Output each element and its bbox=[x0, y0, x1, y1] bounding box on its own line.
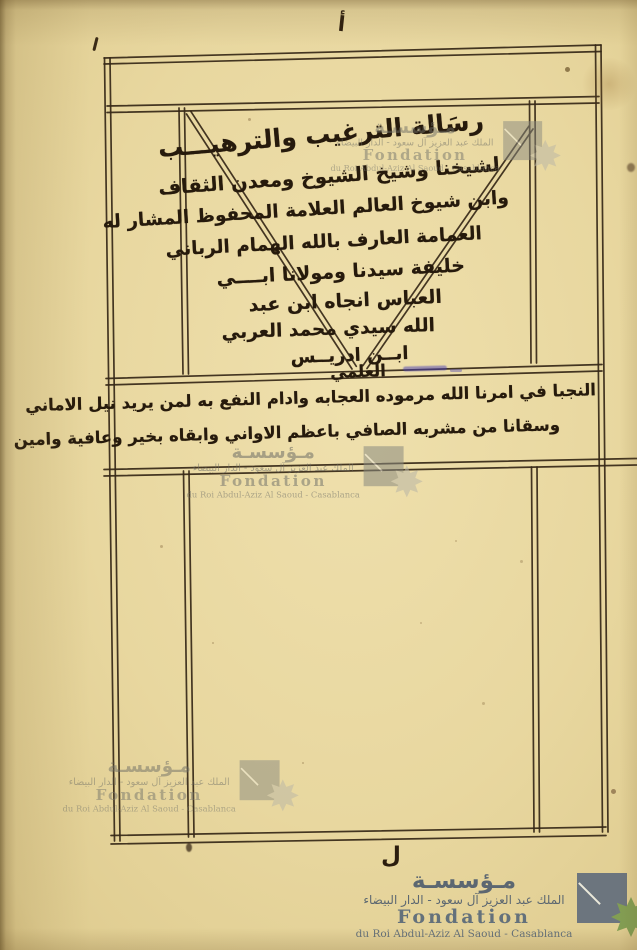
triangle-apex-word: العلمي bbox=[322, 361, 395, 383]
blue-ink-smudge bbox=[450, 369, 462, 372]
bottom-catchword-mark: ل bbox=[381, 843, 401, 869]
manuscript-scan-page: { "document": { "triangle_lines": [ "رسَ… bbox=[0, 0, 637, 950]
